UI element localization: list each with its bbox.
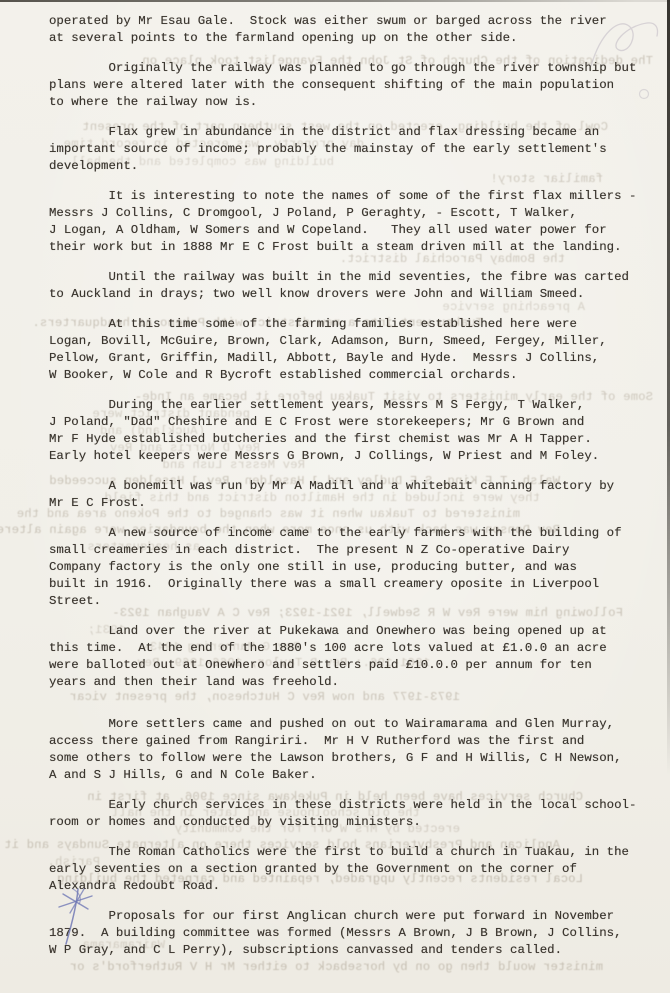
paragraph: Early church services in these districts… <box>49 797 661 831</box>
paragraph: Land over the river at Pukekawa and Onew… <box>49 623 661 691</box>
scanned-page: The dedication of the Church of St John … <box>0 0 670 993</box>
paragraph: Flax grew in abundance in the district a… <box>49 124 661 175</box>
paragraph: A new source of income came to the early… <box>49 525 661 610</box>
paragraph: It is interesting to note the names of s… <box>49 188 661 256</box>
paragraph: Originally the railway was planned to go… <box>49 60 661 111</box>
paragraph: At this time some of the farming familie… <box>49 316 661 384</box>
paragraph: More settlers came and pushed on out to … <box>49 716 661 784</box>
paragraph: operated by Mr Esau Gale. Stock was eith… <box>49 13 661 47</box>
paragraph: Until the railway was built in the mid s… <box>49 269 661 303</box>
paragraph: During the earlier settlement years, Mes… <box>49 397 661 465</box>
paragraph: Proposals for our first Anglican church … <box>49 908 661 959</box>
paragraph: A bonemill was run by Mr A Madill and a … <box>49 478 661 512</box>
pen-asterisk-mark <box>55 886 97 948</box>
scan-edge-top <box>0 0 670 2</box>
paragraph: The Roman Catholics were the first to bu… <box>49 844 661 895</box>
typewritten-text: operated by Mr Esau Gale. Stock was eith… <box>49 13 661 972</box>
